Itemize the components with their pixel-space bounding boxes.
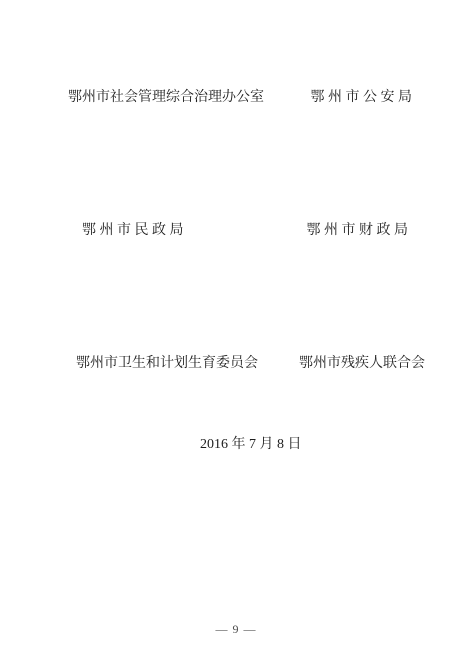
signatory-health-family-planning-commission: 鄂州市卫生和计划生育委员会	[76, 356, 258, 371]
signature-row-2: 鄂 州 市 民 政 局 鄂 州 市 财 政 局	[0, 223, 472, 238]
page-number: — 9 —	[0, 622, 472, 637]
signatory-finance-bureau: 鄂 州 市 财 政 局	[307, 223, 409, 238]
document-date: 2016 年 7 月 8 日	[200, 437, 302, 452]
signatory-public-security-bureau: 鄂 州 市 公 安 局	[311, 90, 413, 105]
signatory-social-management-office: 鄂州市社会管理综合治理办公室	[68, 90, 264, 105]
signature-row-1: 鄂州市社会管理综合治理办公室 鄂 州 市 公 安 局	[0, 90, 472, 105]
signatory-disabled-persons-federation: 鄂州市残疾人联合会	[299, 356, 425, 371]
signature-row-3: 鄂州市卫生和计划生育委员会 鄂州市残疾人联合会	[0, 356, 472, 371]
document-page: 鄂州市社会管理综合治理办公室 鄂 州 市 公 安 局 鄂 州 市 民 政 局 鄂…	[0, 0, 472, 645]
signatory-civil-affairs-bureau: 鄂 州 市 民 政 局	[82, 223, 184, 238]
